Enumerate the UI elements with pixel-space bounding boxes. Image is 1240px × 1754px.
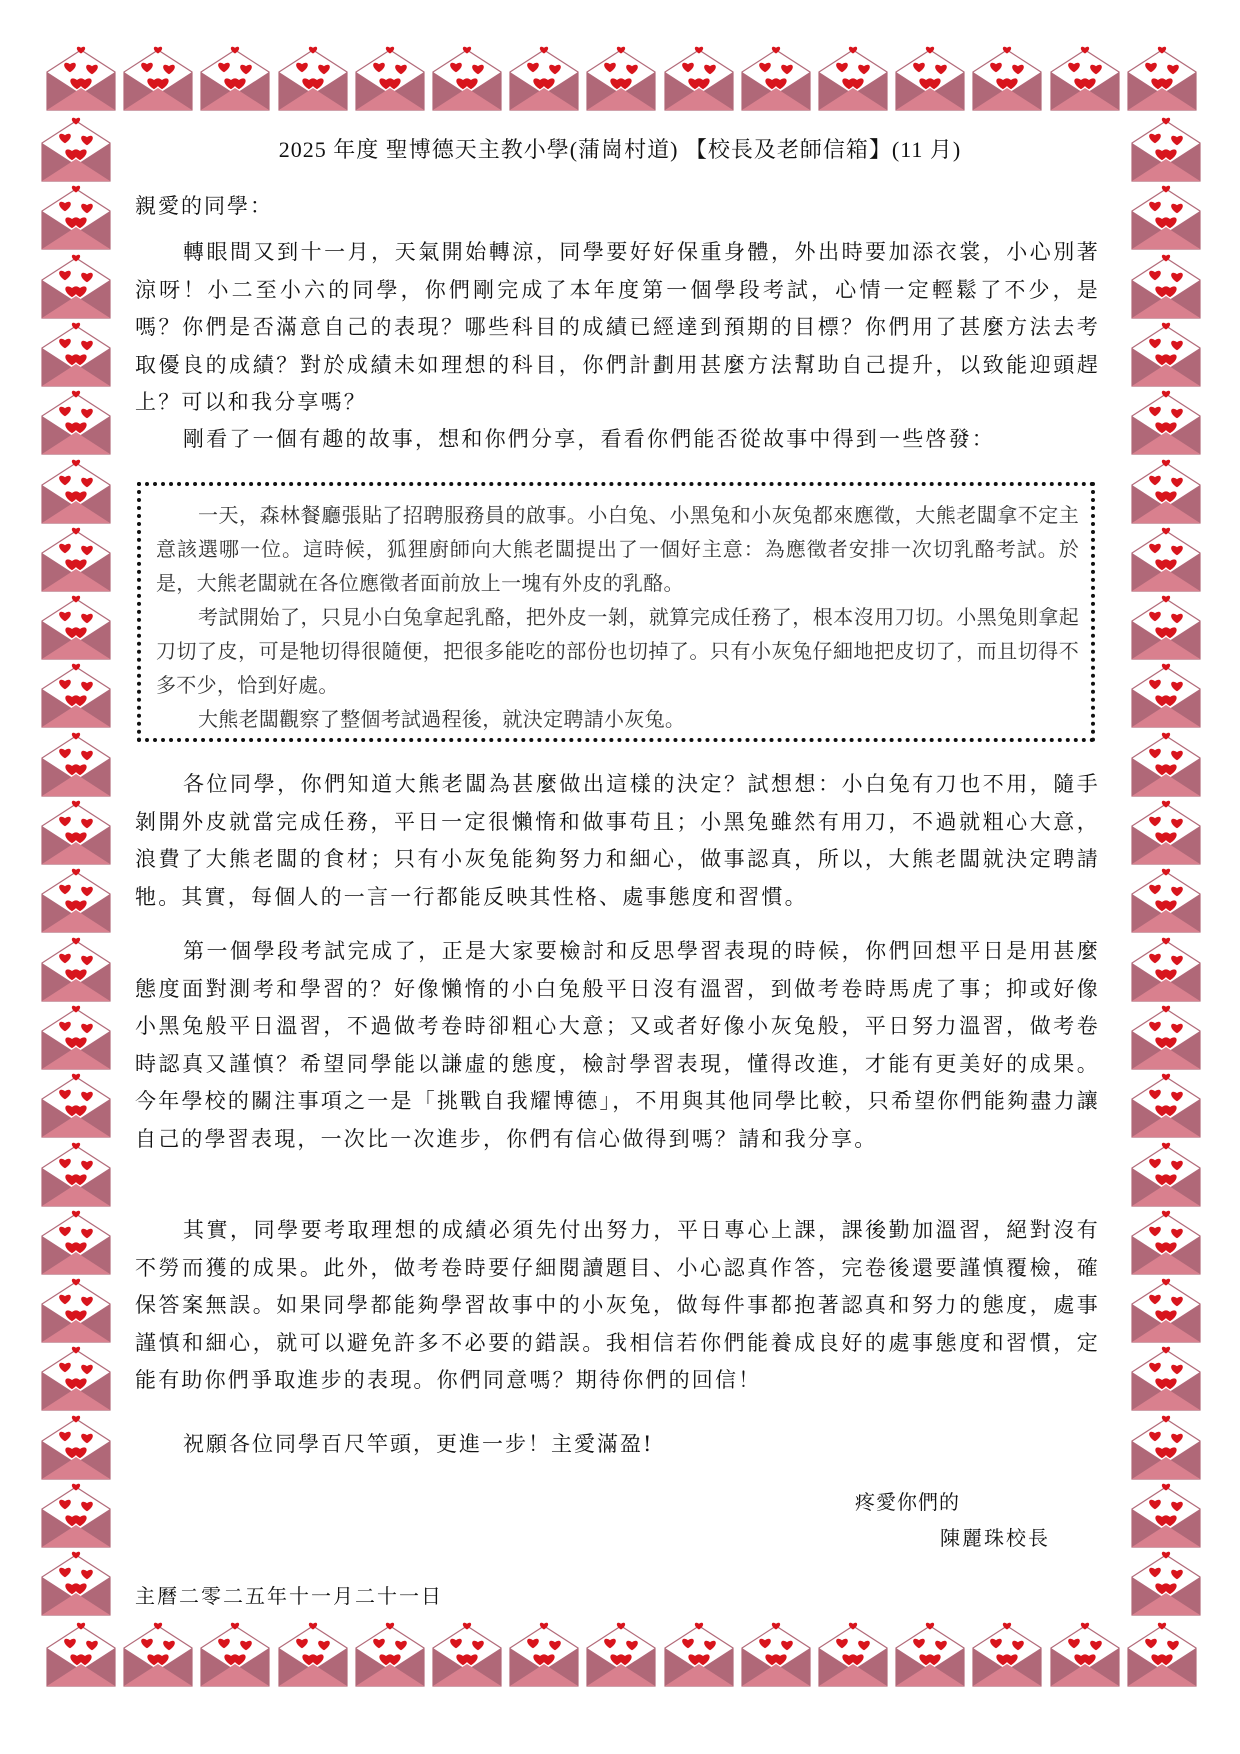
- page-title: 2025 年度 聖博德天主教小學(蒲崗村道) 【校長及老師信箱】(11 月): [0, 133, 1240, 164]
- paragraph-reflection-3: 其實，同學要考取理想的成績必須先付出努力，平日專心上課，課後勤加溫習，絕對沒有不…: [135, 1212, 1100, 1400]
- paragraph-intro: 轉眼間又到十一月，天氣開始轉涼，同學要好好保重身體，外出時要加添衣裳，小心別著涼…: [135, 234, 1100, 422]
- closing-blessing: 祝願各位同學百尺竿頭，更進一步！主愛滿盈!: [183, 1428, 653, 1458]
- sign-off: 疼愛你們的: [855, 1486, 960, 1515]
- paragraph-reflection-1: 各位同學，你們知道大熊老闆為甚麼做出這樣的決定？試想想：小白兔有刀也不用，隨手剝…: [135, 766, 1100, 916]
- story-paragraph: 大熊老闆觀察了整個考試過程後，就決定聘請小灰兔。: [156, 702, 1079, 736]
- story-box: 一天，森林餐廳張貼了招聘服務員的啟事。小白兔、小黑兔和小灰兔都來應徵，大熊老闆拿…: [137, 482, 1095, 742]
- paragraph-story-lead: 剛看了一個有趣的故事，想和你們分享，看看你們能否從故事中得到一些啓發：: [135, 421, 1100, 459]
- letter-date: 主曆二零二五年十一月二十一日: [135, 1580, 443, 1609]
- story-paragraph: 一天，森林餐廳張貼了招聘服務員的啟事。小白兔、小黑兔和小灰兔都來應徵，大熊老闆拿…: [156, 498, 1079, 600]
- signature: 陳麗珠校長: [940, 1522, 1050, 1551]
- letter-page: 2025 年度 聖博德天主教小學(蒲崗村道) 【校長及老師信箱】(11 月) 親…: [0, 0, 1240, 1754]
- paragraph-reflection-2: 第一個學段考試完成了，正是大家要檢討和反思學習表現的時候，你們回想平日是用甚麼態…: [135, 933, 1100, 1158]
- salutation: 親愛的同學：: [135, 190, 273, 220]
- story-paragraph: 考試開始了，只見小白兔拿起乳酪，把外皮一剝，就算完成任務了，根本沒用刀切。小黑兔…: [156, 600, 1079, 702]
